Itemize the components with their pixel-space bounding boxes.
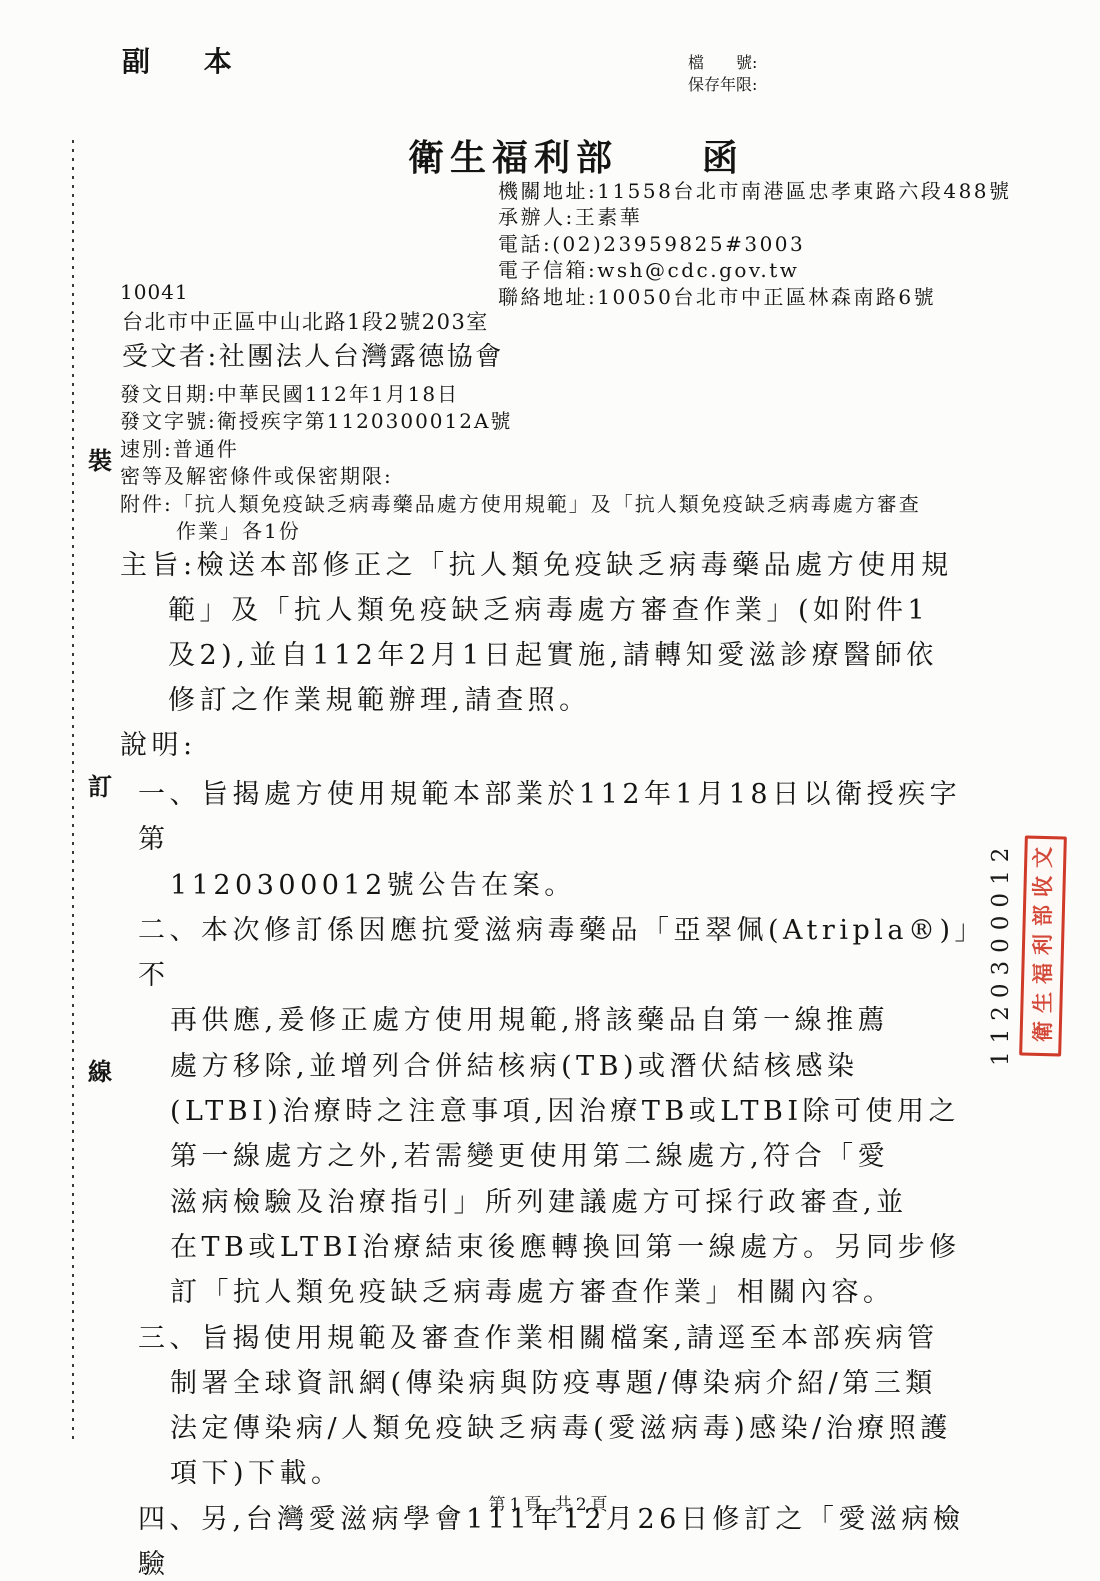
file-fields: 檔 號: 保存年限: — [688, 52, 757, 96]
attachment-continuation: 作業」各1份 — [120, 518, 990, 545]
retention-label: 保存年限: — [688, 74, 757, 96]
recipient-line: 受文者:社團法人台灣露德協會 — [122, 336, 504, 373]
text-line: 制署全球資訊網(傳染病與防疫專題/傳染病介紹/第三類 — [120, 1361, 988, 1406]
text-line: 承辦人:王素華 — [498, 204, 1012, 230]
text-line: 第一線處方之外,若需變更使用第二線處方,符合「愛 — [120, 1134, 988, 1179]
subject-block: 主旨:檢送本部修正之「抗人類免疫缺乏病毒藥品處方使用規範」及「抗人類免疫缺乏病毒… — [120, 543, 988, 723]
text-line: 發文日期:中華民國112年1月18日 — [120, 381, 990, 408]
text-line: 一、旨揭處方使用規範本部業於112年1月18日以衛授疾字第 — [120, 772, 988, 863]
copy-label: 副 本 — [122, 40, 254, 80]
text-line: 滋病檢驗及治療指引」所列建議處方可採行政審查,並 — [120, 1180, 988, 1225]
page-footer: 第1頁 共2頁 — [0, 1490, 1100, 1515]
binding-margin-dotted-line — [72, 140, 74, 1440]
text-line: 聯絡地址:10050台北市中正區林森南路6號 — [498, 284, 1012, 310]
text-line: 再供應,爰修正處方使用規範,將該藥品自第一線推薦 — [120, 998, 988, 1043]
margin-char-ding: 訂 — [88, 764, 112, 805]
text-line: 電話:(02)23959825#3003 — [498, 231, 1012, 257]
margin-char-zhuang: 裝 — [88, 438, 112, 479]
text-line: 機關地址:11558台北市南港區忠孝東路六段488號 — [498, 178, 1012, 204]
text-line: 法定傳染病/人類免疫缺乏病毒(愛滋病毒)感染/治療照護 — [120, 1406, 988, 1451]
receipt-stamp-number: 1120300012 — [988, 838, 1014, 1066]
text-line: 附件:「抗人類免疫缺乏病毒藥品處方使用規範」及「抗人類免疫缺乏病毒處方審查 — [120, 491, 990, 518]
text-line: 電子信箱:wsh@cdc.gov.tw — [498, 257, 1012, 283]
text-line: 1120300012號公告在案。 — [120, 863, 988, 908]
text-line: 範」及「抗人類免疫缺乏病毒處方審查作業」(如附件1 — [120, 588, 988, 633]
text-line: 密等及解密條件或保密期限: — [120, 463, 990, 490]
list-item: 二、本次修訂係因應抗愛滋病毒藥品「亞翠佩(Atripla®)」不再供應,爰修正處… — [120, 908, 988, 1316]
text-line: 二、本次修訂係因應抗愛滋病毒藥品「亞翠佩(Atripla®)」不 — [120, 908, 988, 999]
text-line: 及2),並自112年2月1日起實施,請轉知愛滋診療醫師依 — [120, 633, 988, 678]
explanation-label: 說明: — [120, 723, 197, 768]
agency-info: 機關地址:11558台北市南港區忠孝東路六段488號承辦人:王素華電話:(02)… — [498, 178, 1012, 310]
text-line: 發文字號:衛授疾字第1120300012A號 — [120, 408, 990, 435]
text-line: 在TB或LTBI治療結束後應轉換回第一線處方。另同步修 — [120, 1225, 988, 1270]
text-line: 速別:普通件 — [120, 436, 990, 463]
receipt-stamp-seal-text: 衛生福利部收文 — [1027, 838, 1057, 1042]
text-line: 三、旨揭使用規範及審查作業相關檔案,請逕至本部疾病管 — [120, 1316, 988, 1361]
doc-title: 衛生福利部 函 — [408, 130, 744, 181]
text-line: (LTBI)治療時之注意事項,因治療TB或LTBI除可使用之 — [120, 1089, 988, 1134]
text-line: 修訂之作業規範辦理,請查照。 — [120, 678, 988, 723]
official-letter-page: 副 本 檔 號: 保存年限: 衛生福利部 函 機關地址:11558台北市南港區忠… — [0, 0, 1100, 1581]
list-item: 一、旨揭處方使用規範本部業於112年1月18日以衛授疾字第1120300012號… — [120, 772, 988, 908]
meta-block: 發文日期:中華民國112年1月18日發文字號:衛授疾字第1120300012A號… — [120, 381, 990, 545]
recipient-address: 台北市中正區中山北路1段2號203室 — [122, 306, 489, 336]
list-item: 三、旨揭使用規範及審查作業相關檔案,請逕至本部疾病管制署全球資訊網(傳染病與防疫… — [120, 1316, 988, 1497]
text-line: 訂「抗人類免疫缺乏病毒處方審查作業」相關內容。 — [120, 1270, 988, 1315]
meta-lines: 發文日期:中華民國112年1月18日發文字號:衛授疾字第1120300012A號… — [120, 381, 990, 518]
text-line: 主旨:檢送本部修正之「抗人類免疫缺乏病毒藥品處方使用規 — [120, 543, 988, 588]
explanation-items: 一、旨揭處方使用規範本部業於112年1月18日以衛授疾字第1120300012號… — [120, 772, 988, 1581]
text-line: 處方移除,並增列合併結核病(TB)或潛伏結核感染 — [120, 1044, 988, 1089]
margin-char-xian: 線 — [88, 1049, 112, 1090]
file-number-label: 檔 號: — [688, 52, 757, 74]
postal-code: 10041 — [120, 280, 189, 304]
